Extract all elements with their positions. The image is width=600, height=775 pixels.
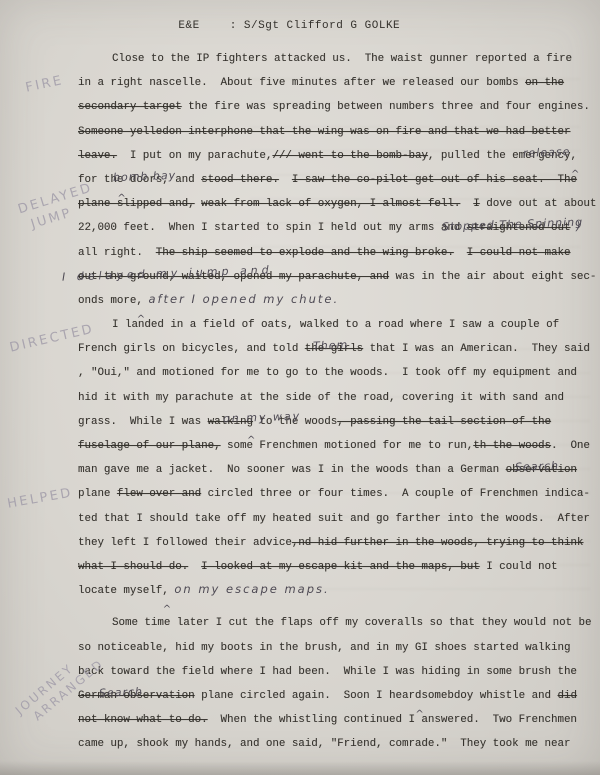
typed-text: I could not — [480, 561, 558, 573]
margin-note-line: HELPED — [6, 484, 74, 513]
struck-text: /// went to the bomb-bay — [272, 150, 428, 162]
paragraph: Some time later I cut the flaps off my c… — [78, 611, 598, 756]
struck-text: I saw the co-pilot get out of his seat. … — [292, 174, 577, 186]
document-title: E&E: S/Sgt Clifford G GOLKE — [150, 8, 400, 44]
typed-text: was in the air about eight sec- — [389, 271, 596, 283]
typed-text: onds more, — [78, 295, 143, 307]
struck-text: did — [558, 690, 577, 702]
handwritten-inline: on my escape maps. — [169, 582, 330, 596]
typed-line: French girls on bicycles, and told the g… — [78, 337, 598, 361]
margin-note-line: FIRE — [24, 72, 65, 97]
typed-text: somebdoy whistle and — [421, 690, 557, 702]
typed-line: back toward the field where I had been. … — [78, 660, 598, 684]
typed-text: French girls on bicycles, and told — [78, 343, 305, 355]
typed-text: , "Oui," and motioned for me to go to th… — [78, 367, 577, 379]
struck-text: The ship seemed to explode and the wing … — [156, 247, 454, 259]
typed-line: Someone yelledon interphone that the win… — [78, 120, 598, 144]
typed-text: circled three or four times. A couple of… — [201, 488, 590, 500]
typed-line: grass. While I was walking^on my way to … — [78, 410, 598, 434]
typed-line: for thebomb bay^ doors, and stood there.… — [78, 168, 598, 192]
handwritten-text: Them — [313, 339, 349, 353]
margin-note-fire: FIRE — [24, 72, 65, 97]
typed-text: all right. — [78, 247, 156, 259]
typed-line: ted that I should take off my heated sui… — [78, 507, 598, 531]
typed-text: Some time later I cut the flaps off my c… — [112, 617, 591, 629]
typed-line: what I should do. I looked at my escape … — [78, 555, 598, 579]
typed-text: I put on my parachute, — [117, 150, 273, 162]
handwritten-text: bomb bay — [113, 169, 177, 184]
typed-text: some Frenchmen motioned for me to run, — [221, 440, 474, 452]
handwritten-text: release — [523, 145, 571, 160]
typed-text: so noticeable, hid my boots in the brush… — [78, 642, 570, 654]
typed-text: they left I followed their advice — [78, 537, 292, 549]
typed-text: plane — [78, 488, 117, 500]
typed-line: not know what to do. When the whistling … — [78, 708, 598, 732]
typed-line: I landed in a field of oats, walked to a… — [78, 313, 598, 337]
struck-text: not know what to do. — [78, 714, 208, 726]
typed-text: in a right nascelle. About five minutes … — [78, 77, 525, 89]
typed-body: Close to the IP fighters attacked us. Th… — [78, 47, 598, 756]
typed-line: all right. The ship seemed to explode an… — [78, 241, 598, 265]
typed-text: . One — [551, 440, 590, 452]
typed-line: plane slipped and, weak from lack of oxy… — [78, 192, 598, 216]
struck-text: fuselage of our plane, — [78, 440, 221, 452]
typed-text: 22,000 feet. When I started to spin I he… — [78, 222, 467, 234]
struck-text: flew over and — [117, 488, 201, 500]
struck-text: on the — [525, 77, 564, 89]
struck-text: th the woods — [473, 440, 551, 452]
struck-text: I could not make — [467, 247, 571, 259]
struck-text: , passing the tail section of the — [337, 416, 551, 428]
struck-text: ,nd hid further in the woods, trying to … — [292, 537, 584, 549]
typed-line: onds more,^ after I opened my chute. — [78, 289, 598, 313]
typed-text — [454, 247, 467, 259]
typed-line: fuselage of our plane, some Frenchmen mo… — [78, 434, 598, 458]
typed-text: locate myself, — [78, 585, 169, 597]
typed-line: man gave me a jacket. No sooner was I in… — [78, 458, 598, 482]
handwritten-text: Search — [515, 459, 559, 474]
typed-text — [188, 561, 201, 573]
typed-line: locate myself,^ on my escape maps. — [78, 579, 598, 603]
struck-text: I looked at my escape kit and the maps, … — [201, 561, 480, 573]
typed-text: plane circled again. Soon I heard — [195, 690, 422, 702]
typed-text: When the whistling continued I answered.… — [208, 714, 577, 726]
margin-note-helped: HELPED — [6, 484, 74, 513]
typed-text: grass. While I was — [78, 416, 208, 428]
paragraph: I landed in a field of oats, walked to a… — [78, 313, 598, 603]
typed-text: Close to the IP fighters attacked us. Th… — [112, 53, 572, 65]
typed-text: dove out at about — [480, 198, 597, 210]
typed-text — [460, 198, 473, 210]
typed-line: they left I followed their advice,nd hid… — [78, 531, 598, 555]
typed-line: plane flew over and circled three or fou… — [78, 482, 598, 506]
typed-line: secondary target the fire was spreading … — [78, 95, 598, 119]
handwritten-text: on my way — [223, 409, 302, 425]
typed-line: I delayed my jump andout the ground, wai… — [78, 265, 598, 289]
page-bottom-edge — [0, 761, 600, 775]
typed-text: hid it with my parachute at the side of … — [78, 392, 564, 404]
typed-text — [279, 174, 292, 186]
struck-text: weak from lack of oxygen, I almost fell. — [201, 198, 460, 210]
document-page: E&E: S/Sgt Clifford G GOLKE Close to the… — [0, 0, 600, 775]
typed-text: man gave me a jacket. No sooner was I in… — [78, 464, 506, 476]
typed-line: came up, shook my hands, and one said, "… — [78, 732, 598, 756]
typed-line: in a right nascelle. About five minutes … — [78, 71, 598, 95]
typed-text: that I was an American. They said — [363, 343, 590, 355]
typed-line: 22,000 feet. When I started to spin I he… — [78, 216, 598, 240]
typed-line: leave. I put on my parachute,/// went to… — [78, 144, 598, 168]
typed-line: hid it with my parachute at the side of … — [78, 386, 598, 410]
typed-line: , "Oui," and motioned for me to go to th… — [78, 361, 598, 385]
struck-text: secondary target — [78, 101, 182, 113]
struck-text: stood there. — [201, 174, 279, 186]
title-label: E&E — [178, 20, 199, 32]
struck-text: leave. — [78, 150, 117, 162]
typed-text: I landed in a field of oats, walked to a… — [112, 319, 559, 331]
typed-line: so noticeable, hid my boots in the brush… — [78, 636, 598, 660]
typed-text: back toward the field where I had been. … — [78, 666, 577, 678]
typed-text: the fire was spreading between numbers t… — [182, 101, 590, 113]
title-value: : S/Sgt Clifford G GOLKE — [230, 20, 400, 32]
handwritten-text: Search — [98, 685, 142, 700]
typed-line: Some time later I cut the flaps off my c… — [78, 611, 598, 635]
typed-line: Close to the IP fighters attacked us. Th… — [78, 47, 598, 71]
typed-line: German observationSearch plane circled a… — [78, 684, 598, 708]
typed-text: ted that I should take off my heated sui… — [78, 513, 590, 525]
handwritten-inline: after I opened my chute. — [143, 292, 339, 306]
struck-text: what I should do. — [78, 561, 188, 573]
typed-text: came up, shook my hands, and one said, "… — [78, 738, 570, 750]
paragraph: Close to the IP fighters attacked us. Th… — [78, 47, 598, 313]
struck-text: Someone yelledon interphone that the win… — [78, 126, 570, 138]
